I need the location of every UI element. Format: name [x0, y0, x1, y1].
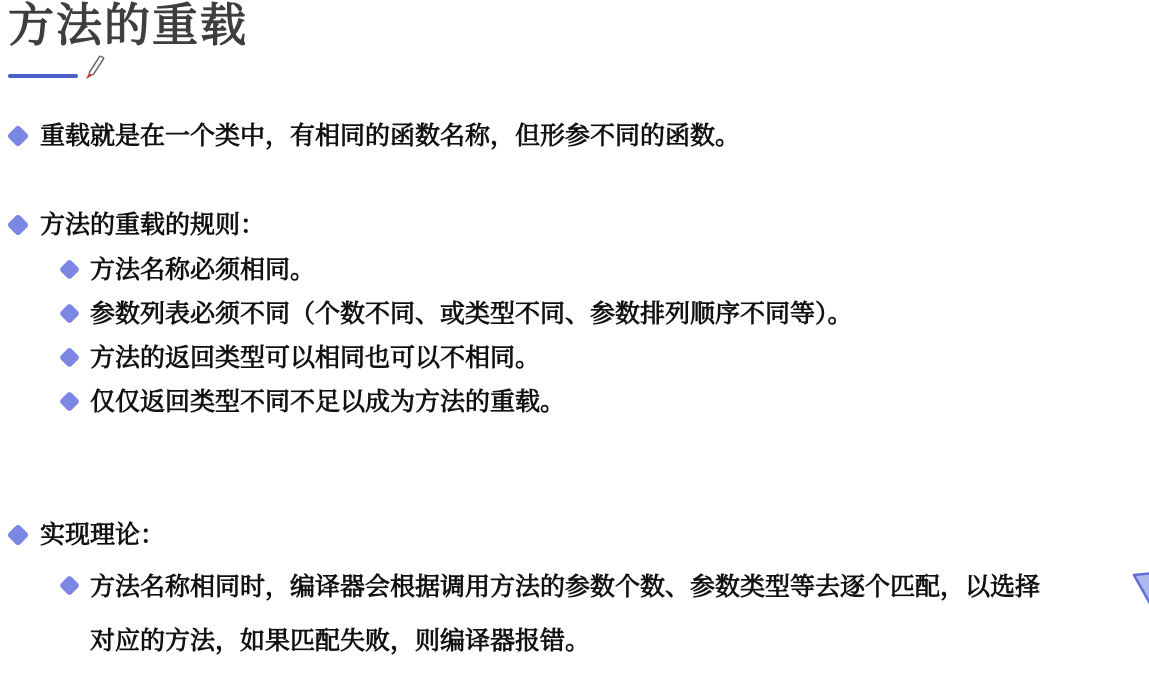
sub-bullet-item: 方法名称相同时，编译器会根据调用方法的参数个数、参数类型等去逐个匹配，以选择对应… — [56, 560, 1050, 668]
diamond-bullet-icon — [7, 524, 30, 547]
bullet-text: 实现理论： — [40, 520, 165, 551]
sub-bullet-text: 方法名称相同时，编译器会根据调用方法的参数个数、参数类型等去逐个匹配，以选择对应… — [90, 560, 1050, 668]
diamond-bullet-icon — [7, 214, 30, 237]
diamond-bullet-icon — [59, 303, 80, 324]
diamond-bullet-icon — [7, 125, 30, 148]
bullet-item: 重载就是在一个类中，有相同的函数名称，但形参不同的函数。 — [4, 121, 740, 152]
sub-bullet-item: 方法名称必须相同。 — [56, 255, 315, 286]
diamond-bullet-icon — [59, 259, 80, 280]
sub-bullet-item: 方法的返回类型可以相同也可以不相同。 — [56, 343, 540, 374]
diamond-bullet-icon — [59, 391, 80, 412]
pencil-icon — [83, 53, 109, 83]
bullet-item: 实现理论： — [4, 520, 165, 551]
sub-bullet-text: 参数列表必须不同（个数不同、或类型不同、参数排列顺序不同等）。 — [90, 299, 853, 330]
title-underline — [8, 74, 78, 78]
bullet-item: 方法的重载的规则： — [4, 210, 265, 241]
diamond-bullet-icon — [59, 347, 80, 368]
bullet-text: 方法的重载的规则： — [40, 210, 265, 241]
sub-bullet-text: 仅仅返回类型不同不足以成为方法的重载。 — [90, 387, 565, 418]
pointer-cursor-icon — [1131, 570, 1149, 620]
bullet-text: 重载就是在一个类中，有相同的函数名称，但形参不同的函数。 — [40, 121, 740, 152]
slide: 方法的重载 重载就是在一个类中，有相同的函数名称，但形参不同的函数。 方法的重载… — [0, 0, 1149, 690]
diamond-bullet-icon — [59, 575, 80, 596]
sub-bullet-text: 方法的返回类型可以相同也可以不相同。 — [90, 343, 540, 374]
sub-bullet-item: 仅仅返回类型不同不足以成为方法的重载。 — [56, 387, 565, 418]
sub-bullet-text: 方法名称必须相同。 — [90, 255, 315, 286]
page-title: 方法的重载 — [8, 0, 248, 58]
sub-bullet-item: 参数列表必须不同（个数不同、或类型不同、参数排列顺序不同等）。 — [56, 299, 853, 330]
